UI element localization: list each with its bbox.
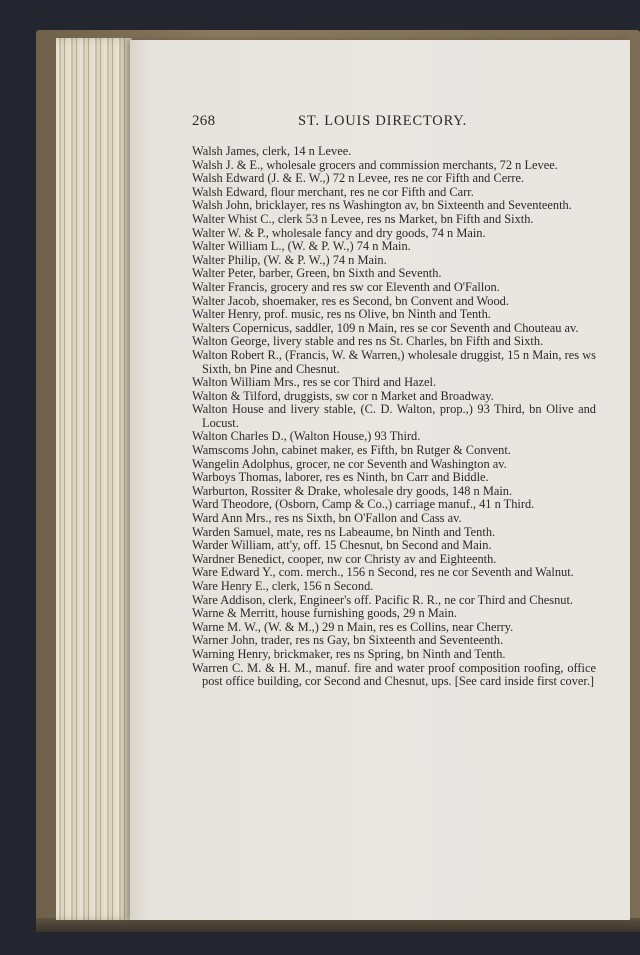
directory-entry: Warning Henry, brickmaker, res ns Spring… (192, 648, 596, 662)
directory-entry: Walton William Mrs., res se cor Third an… (192, 376, 596, 390)
directory-entry: Walton Robert R., (Francis, W. & Warren,… (192, 349, 596, 376)
directory-entry: Walter Francis, grocery and res sw cor E… (192, 281, 596, 295)
directory-entries: Walsh James, clerk, 14 n Levee.Walsh J. … (192, 145, 596, 689)
directory-entry: Wamscoms John, cabinet maker, es Fifth, … (192, 444, 596, 458)
directory-entry: Walsh Edward, flour merchant, res ne cor… (192, 186, 596, 200)
directory-entry: Walter Whist C., clerk 53 n Levee, res n… (192, 213, 596, 227)
directory-entry: Walter Peter, barber, Green, bn Sixth an… (192, 267, 596, 281)
directory-entry: Warboys Thomas, laborer, res es Ninth, b… (192, 471, 596, 485)
directory-entry: Walton George, livery stable and res ns … (192, 335, 596, 349)
directory-entry: Ware Henry E., clerk, 156 n Second. (192, 580, 596, 594)
directory-entry: Warren C. M. & H. M., manuf. fire and wa… (192, 662, 596, 689)
directory-entry: Walter William L., (W. & P. W.,) 74 n Ma… (192, 240, 596, 254)
directory-entry: Ware Addison, clerk, Engineer's off. Pac… (192, 594, 596, 608)
running-head-title: ST. LOUIS DIRECTORY. (298, 113, 467, 130)
book-page: 268 ST. LOUIS DIRECTORY. Walsh James, cl… (130, 40, 630, 920)
page-stack-edges (56, 38, 132, 920)
directory-entry: Walton & Tilford, druggists, sw cor n Ma… (192, 390, 596, 404)
directory-entry: Walter Philip, (W. & P. W.,) 74 n Main. (192, 254, 596, 268)
book-cover-edge (36, 918, 640, 932)
running-head: 268 ST. LOUIS DIRECTORY. (192, 113, 596, 135)
directory-entry: Wangelin Adolphus, grocer, ne cor Sevent… (192, 458, 596, 472)
directory-entry: Warder William, att'y, off. 15 Chesnut, … (192, 539, 596, 553)
directory-entry: Walsh Edward (J. & E. W.,) 72 n Levee, r… (192, 172, 596, 186)
directory-entry: Walton Charles D., (Walton House,) 93 Th… (192, 430, 596, 444)
directory-entry: Walsh James, clerk, 14 n Levee. (192, 145, 596, 159)
directory-entry: Wardner Benedict, cooper, nw cor Christy… (192, 553, 596, 567)
directory-entry: Warburton, Rossiter & Drake, wholesale d… (192, 485, 596, 499)
directory-entry: Warden Samuel, mate, res ns Labeaume, bn… (192, 526, 596, 540)
page-number: 268 (192, 113, 298, 130)
directory-entry: Ward Ann Mrs., res ns Sixth, bn O'Fallon… (192, 512, 596, 526)
directory-entry: Warne & Merritt, house furnishing goods,… (192, 607, 596, 621)
directory-entry: Walter Henry, prof. music, res ns Olive,… (192, 308, 596, 322)
directory-entry: Ward Theodore, (Osborn, Camp & Co.,) car… (192, 498, 596, 512)
directory-entry: Walton House and livery stable, (C. D. W… (192, 403, 596, 430)
directory-entry: Walter W. & P., wholesale fancy and dry … (192, 227, 596, 241)
directory-entry: Warner John, trader, res ns Gay, bn Sixt… (192, 634, 596, 648)
directory-entry: Ware Edward Y., com. merch., 156 n Secon… (192, 566, 596, 580)
page-content: 268 ST. LOUIS DIRECTORY. Walsh James, cl… (192, 113, 596, 689)
directory-entry: Warne M. W., (W. & M.,) 29 n Main, res e… (192, 621, 596, 635)
directory-entry: Walsh John, bricklayer, res ns Washingto… (192, 199, 596, 213)
directory-entry: Walters Copernicus, saddler, 109 n Main,… (192, 322, 596, 336)
directory-entry: Walter Jacob, shoemaker, res es Second, … (192, 295, 596, 309)
directory-entry: Walsh J. & E., wholesale grocers and com… (192, 159, 596, 173)
